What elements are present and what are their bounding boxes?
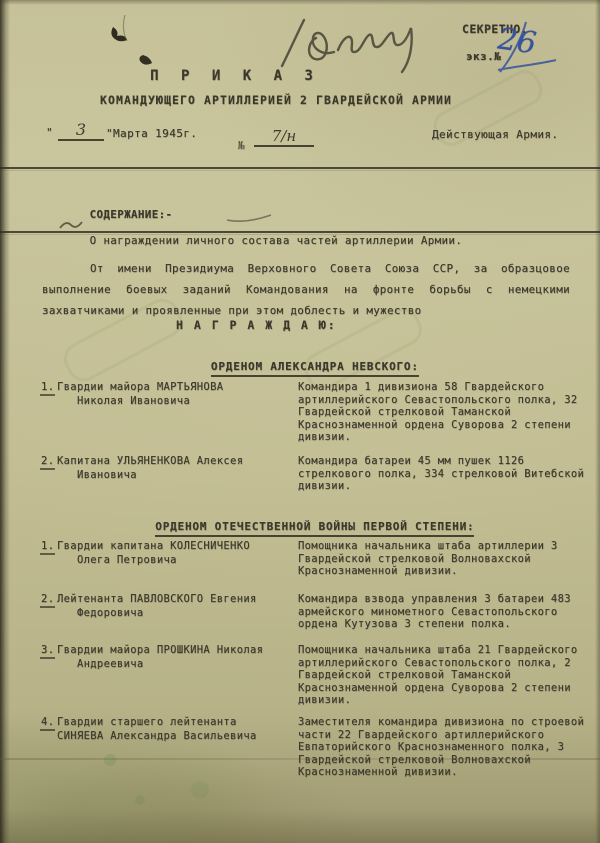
entry-number: 2. (40, 593, 55, 608)
entry-number: 3. (40, 644, 55, 659)
scanned-order-document: СЕКРЕТНО. экз.№ 26 П Р И К А З КОМАНДУЮЩ… (0, 0, 600, 843)
scan-edge-left (0, 0, 10, 843)
pencil-underline-mark (225, 212, 275, 224)
order-number-label: № (238, 139, 245, 152)
entry-position-description: Помощника начальника штаба артиллерии 3 … (298, 540, 594, 578)
entry-recipient-name: Гвардии майора ПРОШКИНА Николая Андрееви… (57, 644, 295, 671)
entry-position-description: Командира батареи 45 мм пушек 1126 стрел… (298, 455, 594, 493)
entry-position-description: Заместителя командира дивизиона по строе… (298, 716, 594, 779)
order-number-handwritten: 7/н (254, 126, 314, 147)
date-month-year: "Марта 1945г. (106, 127, 197, 140)
entry-recipient-name: Гвардии майора МАРТЬЯНОВА Николая Иванов… (57, 381, 295, 408)
location-line: Действующая Армия. (432, 128, 558, 141)
entry-number: 4. (40, 716, 55, 731)
entry-recipient-name: Гвардии капитана КОЛЕСНИЧЕНКО Олега Петр… (57, 540, 295, 567)
date-day-handwritten: 3 (58, 120, 104, 141)
ink-stain-marks (80, 740, 280, 820)
copy-number-flourish (492, 20, 562, 75)
date-quote-open: " (46, 126, 53, 139)
divider-top (0, 167, 600, 169)
entry-recipient-name: Капитана УЛЬЯНЕНКОВА Алексея Ивановича (57, 455, 295, 482)
preamble-paragraph: От имени Президиума Верховного Совета Со… (42, 258, 570, 321)
entry-number: 1. (40, 540, 55, 555)
subject-line: СОДЕРЖАНИЕ:- О награждении личного соста… (62, 195, 582, 260)
divider-bottom (0, 231, 600, 233)
entry-number: 1. (40, 381, 55, 396)
entry-recipient-name: Лейтенанта ПАВЛОВСКОГО Евгения Федорович… (57, 593, 295, 620)
scan-edge-right (595, 0, 600, 843)
award-statement: Н А Г Р А Ж Д А Ю: (176, 318, 337, 332)
pencil-check-mark (58, 218, 84, 232)
scan-edge-top (0, 0, 600, 5)
entry-position-description: Командира 1 дивизиона 58 Гвардейского ар… (298, 381, 594, 444)
subject-label: СОДЕРЖАНИЕ:- (90, 208, 173, 221)
order-title: П Р И К А З (0, 68, 470, 84)
entry-position-description: Помощника начальника штаба 21 Гвардейско… (298, 644, 594, 707)
entry-position-description: Командира взвода управления 3 батареи 48… (298, 593, 594, 631)
subject-text: О награждении личного состава частей арт… (90, 234, 463, 247)
order-subtitle: КОМАНДУЮЩЕГО АРТИЛЛЕРИЕЙ 2 ГВАРДЕЙСКОЙ А… (0, 94, 552, 107)
entry-recipient-name: Гвардии старшего лейтенанта СИНЯЕВА Алек… (57, 716, 295, 743)
entry-number: 2. (40, 455, 55, 470)
